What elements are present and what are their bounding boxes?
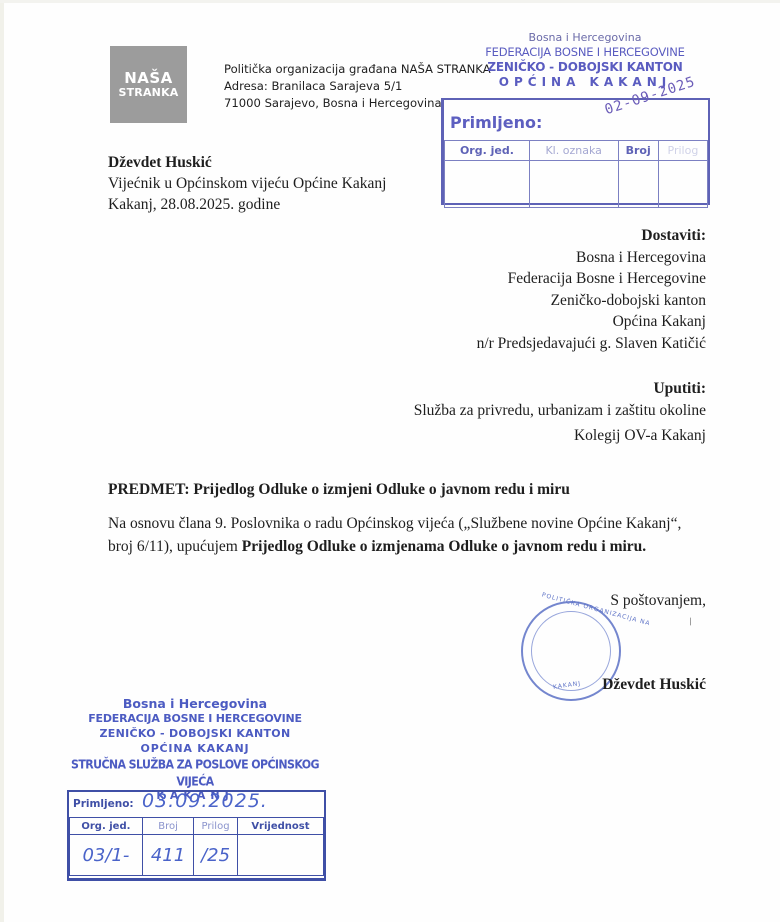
stamp-received-label: Primljeno:: [450, 113, 542, 132]
stamp-col-org: Org. jed.: [70, 818, 143, 835]
stamp-handwritten-date: 03.09.2025.: [142, 790, 268, 812]
registry-stamp-top: Primljeno: Org. jed. Kl. oznaka Broj Pri…: [441, 98, 710, 205]
registry-stamp-bottom-header: Bosna i Hercegovina FEDERACIJA BOSNE I H…: [60, 696, 330, 803]
forward-heading: Uputiti:: [414, 378, 706, 400]
recipient-line: Zeničko-dobojski kanton: [477, 290, 706, 312]
stamp-col-org: Org. jed.: [445, 141, 530, 161]
sender-block: Dževdet Huskić Vijećnik u Općinskom vije…: [108, 152, 386, 215]
forward-line: Kolegij OV-a Kakanj: [414, 425, 706, 447]
org-address: Adresa: Branilaca Sarajeva 5/1: [224, 78, 491, 95]
subject-label: PREDMET:: [108, 481, 190, 498]
recipient-block: Dostaviti: Bosna i Hercegovina Federacij…: [477, 225, 706, 354]
stamp-col-broj: Broj: [142, 818, 193, 835]
subject-text: Prijedlog Odluke o izmjeni Odluke o javn…: [193, 481, 569, 498]
sender-name: Dževdet Huskić: [108, 152, 386, 173]
stamp-line-canton: ZENIČKO - DOBOJSKI KANTON: [470, 60, 700, 75]
stamp-line-federation: FEDERACIJA BOSNE I HERCEGOVINE: [60, 711, 330, 726]
signature-mark: /: [687, 616, 694, 628]
stamp-val-org: [445, 161, 530, 208]
body-paragraph: Na osnovu člana 9. Poslovnika o radu Opć…: [108, 512, 708, 558]
registry-stamp-top-header: Bosna i Hercegovina FEDERACIJA BOSNE I H…: [470, 30, 700, 90]
body-bold: Prijedlog Odluke o izmjenama Odluke o ja…: [242, 538, 646, 555]
forward-line: Služba za privredu, urbanizam i zaštitu …: [414, 400, 706, 422]
recipient-line: n/r Predsjedavajući g. Slaven Katičić: [477, 333, 706, 355]
recipient-heading: Dostaviti:: [477, 225, 706, 247]
party-logo: NAŠA STRANKA: [110, 46, 187, 123]
subject-line: PREDMET: Prijedlog Odluke o izmjeni Odlu…: [108, 481, 570, 499]
stamp-col-kl: Kl. oznaka: [529, 141, 618, 161]
stamp-line-municipality: OPĆINA KAKANJ: [60, 741, 330, 756]
stamp-val-broj: 411: [142, 835, 193, 876]
stamp-val-prilog: /25: [194, 835, 238, 876]
registry-stamp-bottom: Primljeno: 03.09.2025. Org. jed. Broj Pr…: [67, 790, 326, 881]
logo-line2: STRANKA: [118, 87, 178, 99]
org-name: Politička organizacija građana NAŠA STRA…: [224, 61, 491, 78]
stamp-val-org: 03/1-: [70, 835, 143, 876]
stamp-received-label: Primljeno:: [73, 798, 134, 810]
stamp-line-service: STRUČNA SLUŽBA ZA POSLOVE OPĆINSKOG VIJE…: [60, 756, 330, 791]
stamp-col-vrijednost: Vrijednost: [237, 818, 323, 835]
recipient-line: Bosna i Hercegovina: [477, 247, 706, 269]
signature-name: Dževdet Huskić: [602, 676, 706, 694]
stamp-line-federation: FEDERACIJA BOSNE I HERCEGOVINE: [470, 45, 700, 60]
stamp-line-canton: ZENIČKO - DOBOJSKI KANTON: [60, 726, 330, 741]
stamp-col-broj: Broj: [618, 141, 658, 161]
stamp-val-prilog: [658, 161, 707, 208]
recipient-line: Općina Kakanj: [477, 311, 706, 333]
stamp-val-kl: [529, 161, 618, 208]
stamp-line-country: Bosna i Hercegovina: [470, 30, 700, 45]
sender-title: Vijećnik u Općinskom vijeću Općine Kakan…: [108, 173, 386, 194]
stamp-val-broj: [618, 161, 658, 208]
stamp-table: Org. jed. Kl. oznaka Broj Prilog: [444, 140, 708, 208]
stamp-line-country: Bosna i Hercegovina: [60, 696, 330, 711]
recipient-line: Federacija Bosne i Hercegovine: [477, 268, 706, 290]
scan-edge-left: [0, 0, 4, 922]
stamp-col-prilog: Prilog: [658, 141, 707, 161]
closing-salutation: S poštovanjem,: [610, 592, 706, 610]
scan-edge-top: [0, 0, 780, 3]
stamp-col-prilog: Prilog: [194, 818, 238, 835]
forward-block: Uputiti: Služba za privredu, urbanizam i…: [414, 378, 706, 447]
stamp-table: Org. jed. Broj Prilog Vrijednost 03/1- 4…: [69, 817, 324, 876]
sender-place-date: Kakanj, 28.08.2025. godine: [108, 194, 386, 215]
stamp-val-vrijednost: [237, 835, 323, 876]
logo-line1: NAŠA: [124, 71, 173, 87]
document-page: NAŠA STRANKA Politička organizacija građ…: [0, 0, 780, 922]
